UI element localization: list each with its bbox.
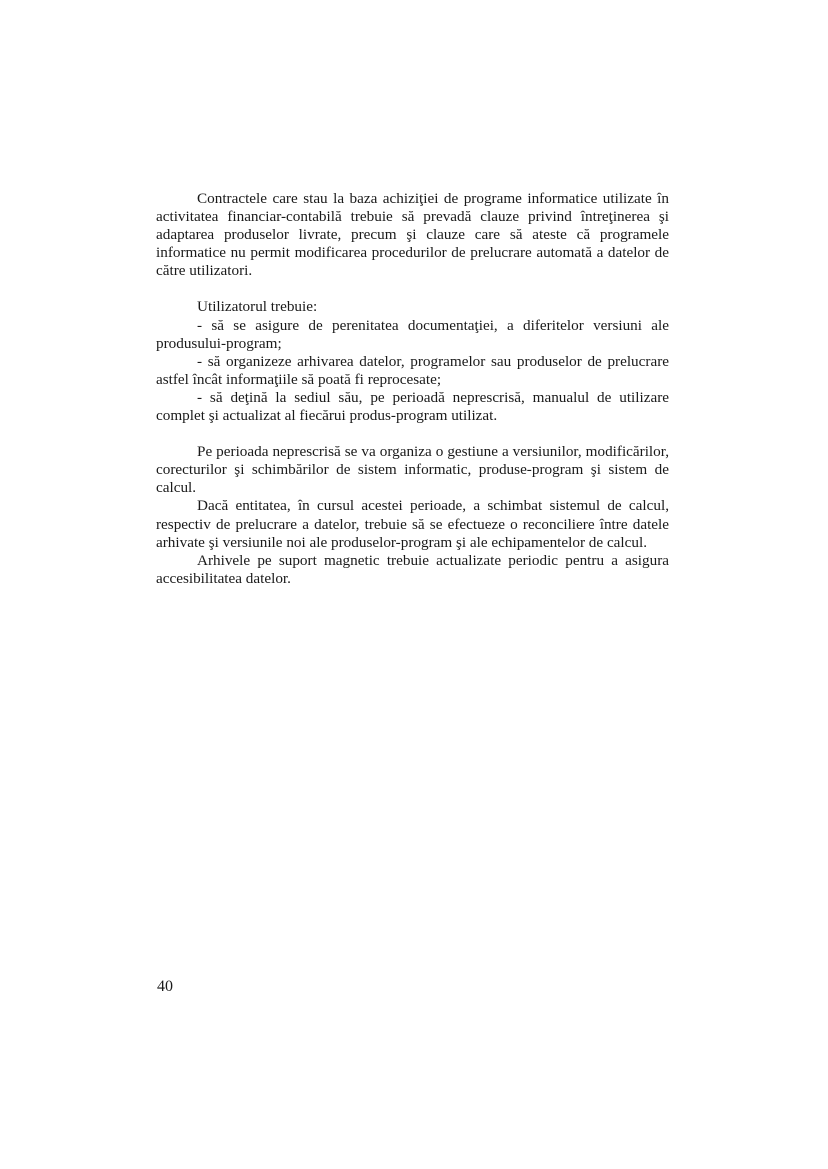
list-item-archiving: - să organizeze arhivarea datelor, progr…	[156, 353, 669, 389]
paragraph-version-management: Pe perioada neprescrisă se va organiza o…	[156, 443, 669, 497]
paragraph-magnetic-archives: Arhivele pe suport magnetic trebuie actu…	[156, 552, 669, 588]
paragraph-reconciliation: Dacă entitatea, în cursul acestei perioa…	[156, 497, 669, 551]
document-page: Contractele care stau la baza achiziţiei…	[0, 0, 828, 1169]
page-number: 40	[157, 978, 173, 996]
paragraph-gap	[156, 280, 669, 298]
paragraph-user-must: Utilizatorul trebuie:	[156, 298, 669, 316]
list-item-documentation: - să se asigure de perenitatea documenta…	[156, 317, 669, 353]
body-text: Contractele care stau la baza achiziţiei…	[156, 190, 669, 588]
paragraph-contracts: Contractele care stau la baza achiziţiei…	[156, 190, 669, 280]
paragraph-gap	[156, 425, 669, 443]
list-item-manual: - să deţină la sediul său, pe perioadă n…	[156, 389, 669, 425]
